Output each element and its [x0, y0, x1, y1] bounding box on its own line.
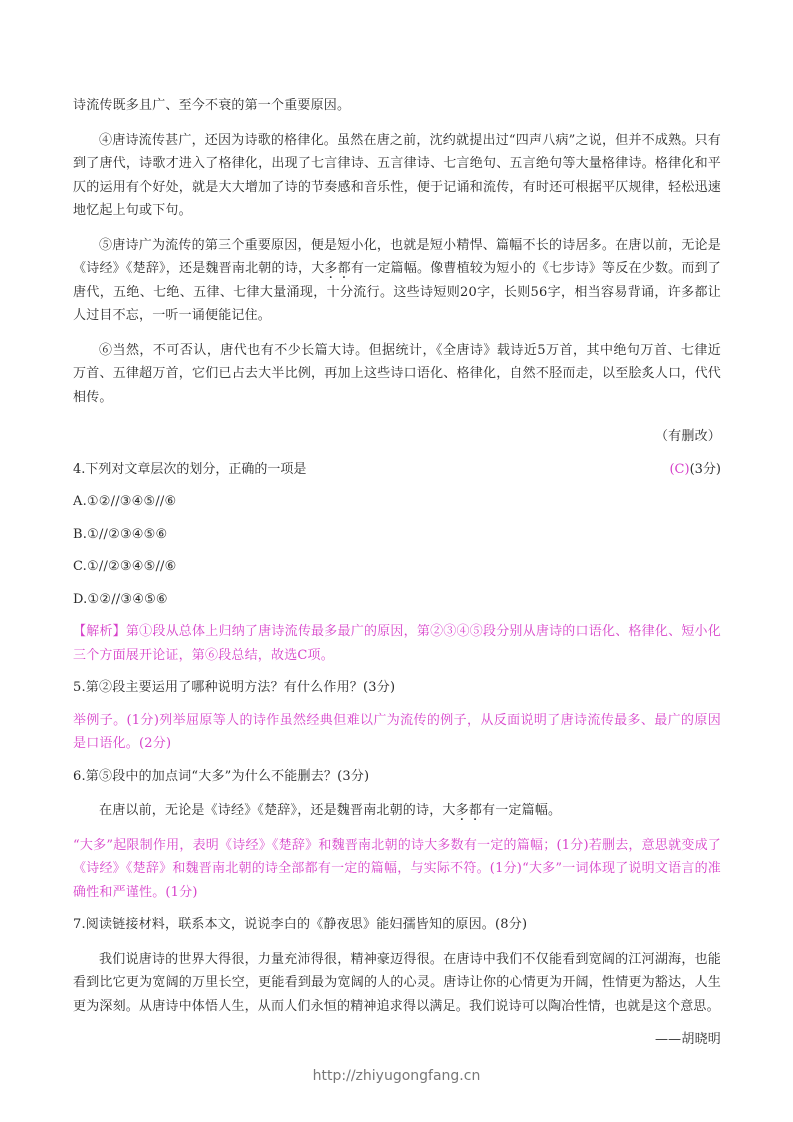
emphasis-dot-char: 多 — [324, 261, 337, 276]
paragraph-continued: 诗流传既多且广、至今不衰的第一个重要原因。 — [73, 94, 721, 118]
question-6-quote: 在唐以前，无论是《诗经》《楚辞》，还是魏晋南北朝的诗，大多都有一定篇幅。 — [73, 799, 721, 823]
option-c: C.①//②③④⑤//⑥ — [73, 555, 721, 579]
document-page: 诗流传既多且广、至今不衰的第一个重要原因。 ④唐诗流传甚广，还因为诗歌的格律化。… — [73, 94, 721, 1052]
footer-url[interactable]: http://zhiyugongfang.cn — [0, 1068, 793, 1084]
paragraph-6: ⑥当然，不可否认，唐代也有不少长篇大诗。但据统计，《全唐诗》载诗近5万首，其中绝… — [73, 339, 721, 410]
option-a: A.①②//③④⑤//⑥ — [73, 490, 721, 514]
question-4-answer: (C) — [669, 462, 689, 477]
option-b: B.①//②③④⑤⑥ — [73, 523, 721, 547]
question-4-stem: 4.下列对文章层次的划分，正确的一项是 (C)(3分) — [73, 458, 721, 482]
question-6-stem: 6.第⑤段中的加点词“大多”为什么不能删去？(3分) — [73, 765, 721, 789]
question-4-analysis: 【解析】第①段从总体上归纳了唐诗流传最多最广的原因，第②③④⑤段分别从唐诗的口语… — [73, 620, 721, 667]
question-5-stem: 5.第②段主要运用了哪种说明方法？有什么作用？(3分) — [73, 676, 721, 700]
question-5-answer: 举例子。(1分)列举屈原等人的诗作虽然经典但难以广为流传的例子，从反面说明了唐诗… — [73, 709, 721, 756]
question-7-material: 我们说唐诗的世界大得很，力量充沛得很，精神豪迈得很。在唐诗中我们不仅能看到宽阔的… — [73, 948, 721, 1019]
question-7-stem: 7.阅读链接材料，联系本文，说说李白的《静夜思》能妇孺皆知的原因。(8分) — [73, 913, 721, 937]
source-note: （有删改） — [73, 425, 721, 449]
paragraph-4: ④唐诗流传甚广，还因为诗歌的格律化。虽然在唐之前，沈约就提出过“四声八病”之说，… — [73, 129, 721, 223]
question-6-answer: “大多”起限制作用，表明《诗经》《楚辞》和魏晋南北朝的诗大多数有一定的篇幅；(1… — [73, 834, 721, 905]
material-author: ——胡晓明 — [73, 1028, 721, 1052]
option-d: D.①②//③④⑤⑥ — [73, 588, 721, 612]
paragraph-5: ⑤唐诗广为流传的第三个重要原因，便是短小化，也就是短小精悍、篇幅不长的诗居多。在… — [73, 234, 721, 328]
emphasis-dot-char: 多 — [456, 803, 469, 818]
